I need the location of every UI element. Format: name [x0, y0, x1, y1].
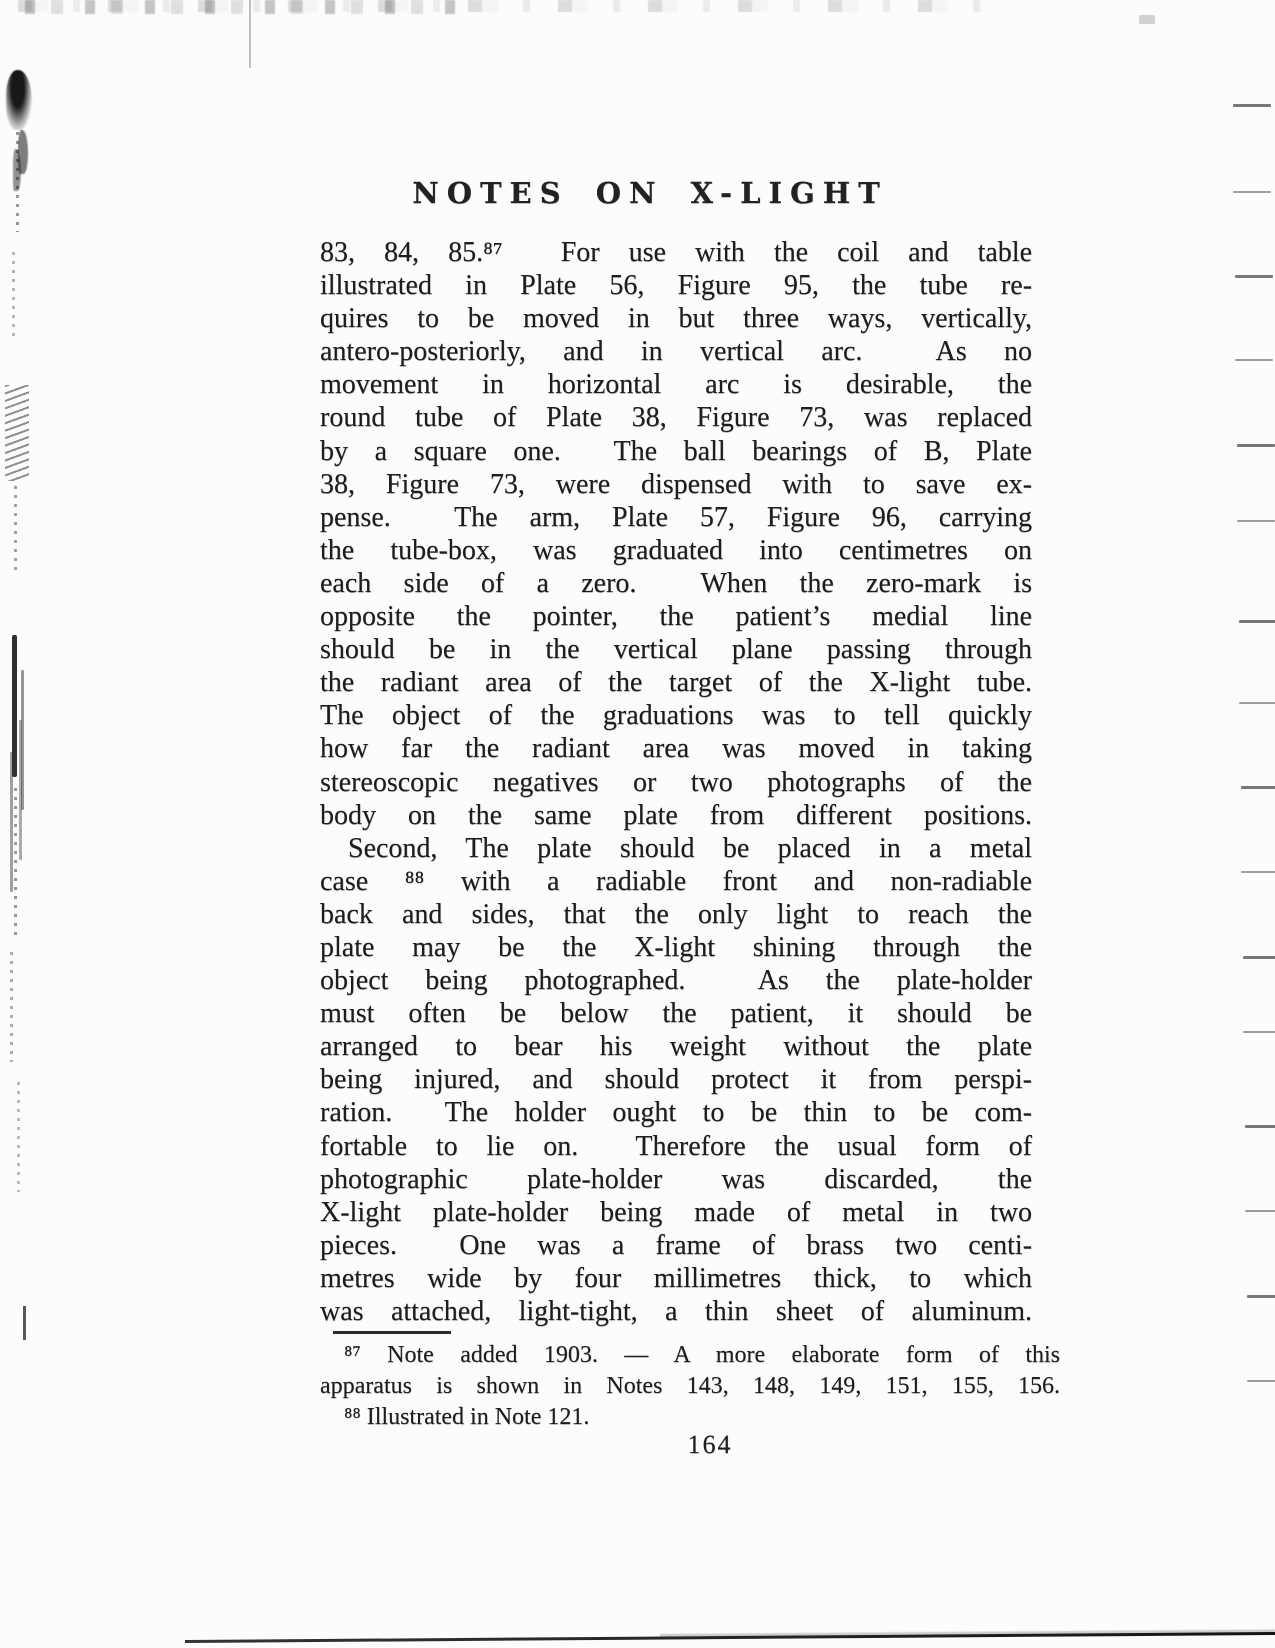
page-title: NOTES ON X-LIGHT — [294, 176, 1006, 210]
margin-dash — [1239, 620, 1275, 623]
margin-dash — [1235, 359, 1273, 361]
text-line: fortable to lie on. Therefore the usual … — [320, 1130, 1032, 1163]
margin-dash — [1233, 191, 1271, 193]
text-line: being injured, and should protect it fro… — [320, 1063, 1032, 1096]
text-line: must often be below the patient, it shou… — [320, 997, 1032, 1030]
scan-artifact-speckle — [14, 788, 17, 938]
scan-artifact-line — [249, 0, 251, 68]
text-line: ⁸⁷ Note added 1903. — A more elaborate f… — [320, 1340, 1060, 1371]
text-line: back and sides, that the only light to r… — [320, 898, 1032, 931]
scan-artifact-top-noise — [25, 0, 455, 14]
margin-dash — [1241, 871, 1275, 873]
text-line: how far the radiant area was moved in ta… — [320, 732, 1032, 765]
text-line: arranged to bear his weight without the … — [320, 1030, 1032, 1063]
scan-artifact-speckle — [16, 132, 19, 232]
text-line: case ⁸⁸ with a radiable front and non-ra… — [320, 865, 1032, 898]
text-line: round tube of Plate 38, Figure 73, was r… — [320, 401, 1032, 434]
text-line: the tube-box, was graduated into centime… — [320, 534, 1032, 567]
margin-dash — [1247, 1380, 1275, 1382]
scan-artifact-mark — [23, 1306, 26, 1340]
text-line: antero-posteriorly, and in vertical arc.… — [320, 335, 1032, 368]
text-line: metres wide by four millimetres thick, t… — [320, 1262, 1032, 1295]
text-line: pieces. One was a frame of brass two cen… — [320, 1229, 1032, 1262]
footnote-separator — [333, 1331, 451, 1334]
text-line: each side of a zero. When the zero-mark … — [320, 567, 1032, 600]
text-line: was attached, light-tight, a thin sheet … — [320, 1295, 1032, 1328]
body-text: 83, 84, 85.⁸⁷ For use with the coil and … — [320, 236, 1032, 1328]
scanned-page: NOTES ON X-LIGHT 83, 84, 85.⁸⁷ For use w… — [0, 0, 1275, 1648]
text-line: apparatus is shown in Notes 143, 148, 14… — [320, 1371, 1060, 1402]
margin-dash — [1233, 104, 1271, 107]
text-line: ration. The holder ought to be thin to b… — [320, 1096, 1032, 1129]
margin-dash — [1237, 444, 1275, 447]
scan-artifact-mark — [1139, 15, 1155, 24]
scan-artifact-ink-blob — [6, 70, 32, 130]
scan-artifact-top-noise — [18, 0, 998, 12]
footnote-88: ⁸⁸ Illustrated in Note 121. — [320, 1402, 1060, 1433]
scan-artifact-speckle — [14, 486, 17, 572]
text-line: illustrated in Plate 56, Figure 95, the … — [320, 269, 1032, 302]
margin-dash — [1247, 1295, 1275, 1298]
scan-artifact-ink-streak — [12, 635, 17, 777]
footnotes: ⁸⁷ Note added 1903. — A more elaborate f… — [320, 1340, 1060, 1433]
scan-artifact-bottom-edge — [185, 1632, 1275, 1643]
text-line: The object of the graduations was to tel… — [320, 699, 1032, 732]
text-line: plate may be the X-light shining through… — [320, 931, 1032, 964]
page-number: 164 — [354, 1430, 1066, 1460]
text-line: should be in the vertical plane passing … — [320, 633, 1032, 666]
text-line: object being photographed. As the plate-… — [320, 964, 1032, 997]
text-line: movement in horizontal arc is desirable,… — [320, 368, 1032, 401]
margin-dash — [1239, 702, 1275, 704]
margin-dash — [1235, 275, 1273, 278]
text-line: photographic plate-holder was discarded,… — [320, 1163, 1032, 1196]
text-line: by a square one. The ball bearings of B,… — [320, 435, 1032, 468]
text-line: pense. The arm, Plate 57, Figure 96, car… — [320, 501, 1032, 534]
text-line: 83, 84, 85.⁸⁷ For use with the coil and … — [320, 236, 1032, 269]
margin-dash — [1245, 1210, 1275, 1212]
margin-dash — [1245, 1125, 1275, 1128]
text-line: X-light plate-holder being made of metal… — [320, 1196, 1032, 1229]
margin-dash — [1237, 520, 1275, 522]
text-line: Second, The plate should be placed in a … — [320, 832, 1032, 865]
text-line: 38, Figure 73, were dispensed with to sa… — [320, 468, 1032, 501]
margin-dash — [1241, 786, 1275, 789]
scan-artifact-speckle — [5, 385, 29, 481]
text-line: body on the same plate from different po… — [320, 799, 1032, 832]
text-line: quires to be moved in but three ways, ve… — [320, 302, 1032, 335]
text-line: stereoscopic negatives or two photograph… — [320, 766, 1032, 799]
margin-dash — [1243, 1031, 1275, 1033]
footnote-87: ⁸⁷ Note added 1903. — A more elaborate f… — [320, 1340, 1060, 1402]
scan-artifact-speckle — [10, 952, 13, 1062]
scan-artifact-speckle — [12, 252, 15, 337]
text-line: the radiant area of the target of the X-… — [320, 666, 1032, 699]
scan-artifact-speckle — [17, 1082, 20, 1192]
text-line: opposite the pointer, the patient’s medi… — [320, 600, 1032, 633]
margin-dash — [1243, 956, 1275, 959]
scan-artifact-bottom-edge — [660, 1629, 1275, 1637]
